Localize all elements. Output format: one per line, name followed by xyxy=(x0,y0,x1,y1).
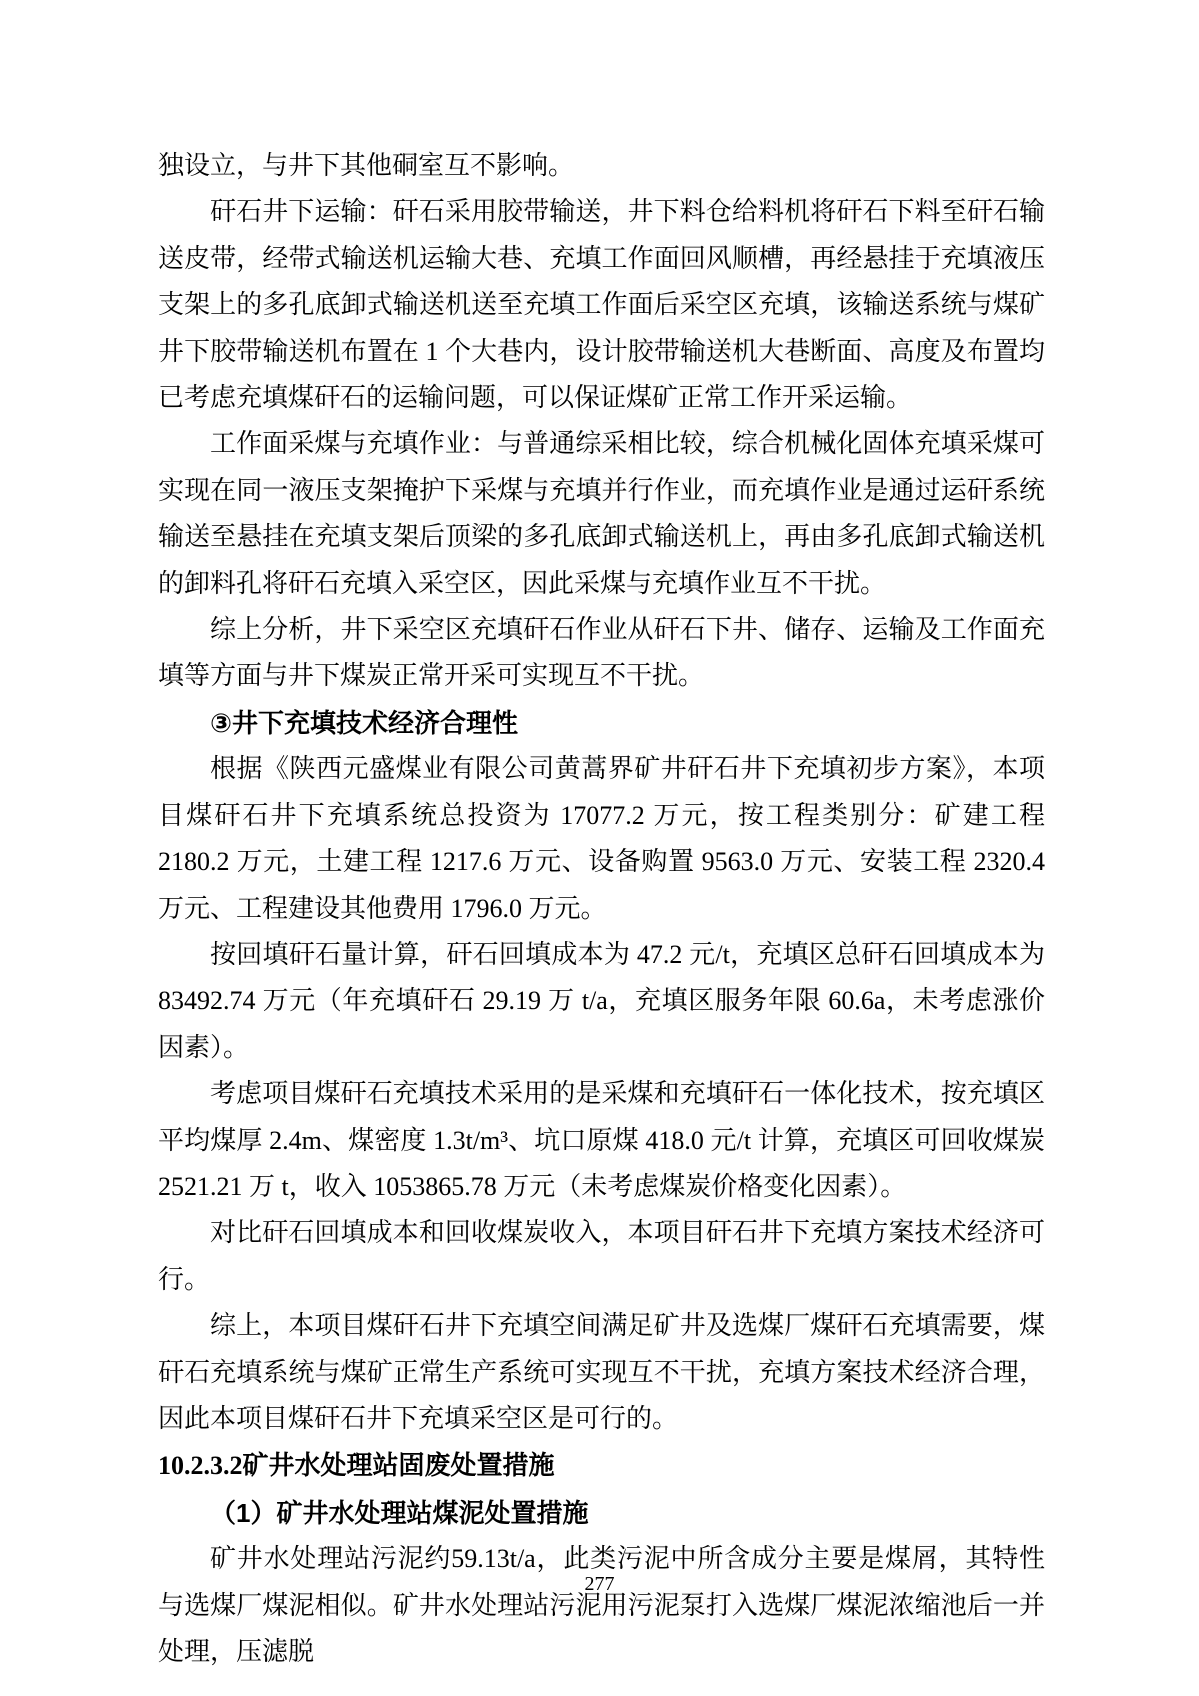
paragraph-summary-analysis: 综上分析，井下采空区充填矸石作业从矸石下井、储存、运输及工作面充填等方面与井下煤… xyxy=(158,607,1045,700)
paragraph-filling-system-investment: 根据《陕西元盛煤业有限公司黄蒿界矿井矸石井下充填初步方案》，本项目煤矸石井下充填… xyxy=(158,746,1045,932)
heading-filling-economic-rationality: ③井下充填技术经济合理性 xyxy=(158,700,1045,746)
heading-section-title: 矿井水处理站固废处置措施 xyxy=(243,1450,555,1480)
page-number: 277 xyxy=(0,1572,1199,1596)
paragraph-coal-recovery-income: 考虑项目煤矸石充填技术采用的是采煤和充填矸石一体化技术，按充填区平均煤厚 2.4… xyxy=(158,1071,1045,1210)
paragraph-workface-mining-filling: 工作面采煤与充填作业：与普通综采相比较，综合机械化固体充填采煤可实现在同一液压支… xyxy=(158,421,1045,607)
paragraph-chamber-continuation: 独设立，与井下其他硐室互不影响。 xyxy=(158,143,1045,189)
document-page: 独设立，与井下其他硐室互不影响。 矸石井下运输：矸石采用胶带输送，井下料仓给料机… xyxy=(0,0,1199,1696)
paragraph-feasibility-conclusion: 综上，本项目煤矸石井下充填空间满足矿井及选煤厂煤矸石充填需要，煤矸石充填系统与煤… xyxy=(158,1303,1045,1442)
heading-sub-coal-slime-measures: （1）矿井水处理站煤泥处置措施 xyxy=(158,1490,1045,1536)
heading-section-10-2-3-2: 10.2.3.2矿井水处理站固废处置措施 xyxy=(158,1442,1045,1489)
paragraph-mine-water-sludge: 矿井水处理站污泥约59.13t/a，此类污泥中所含成分主要是煤屑，其特性与选煤厂… xyxy=(158,1536,1045,1675)
paragraph-cost-income-comparison: 对比矸石回填成本和回收煤炭收入，本项目矸石井下充填方案技术经济可行。 xyxy=(158,1210,1045,1303)
paragraph-backfill-cost: 按回填矸石量计算，矸石回填成本为 47.2 元/t，充填区总矸石回填成本为 83… xyxy=(158,932,1045,1071)
heading-section-number: 10.2.3.2 xyxy=(158,1451,243,1480)
paragraph-gangue-underground-transport: 矸石井下运输：矸石采用胶带输送，井下料仓给料机将矸石下料至矸石输送皮带，经带式输… xyxy=(158,189,1045,421)
page-content: 独设立，与井下其他硐室互不影响。 矸石井下运输：矸石采用胶带输送，井下料仓给料机… xyxy=(158,143,1045,1675)
